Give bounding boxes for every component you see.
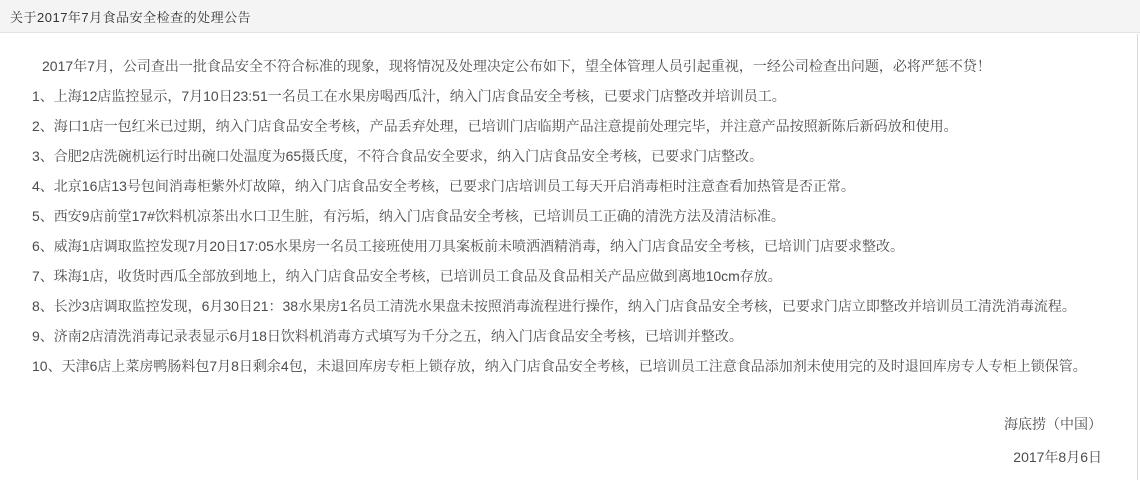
notice-item: 9、济南2店清洗消毒记录表显示6月18日饮料机消毒方式填写为千分之五，纳入门店食… (14, 321, 1110, 351)
notice-body: 2017年7月，公司查出一批食品安全不符合标准的现象，现将情况及处理决定公布如下… (0, 33, 1140, 472)
page-title: 关于2017年7月食品安全检查的处理公告 (10, 7, 251, 26)
notice-header: 关于2017年7月食品安全检查的处理公告 (0, 0, 1140, 33)
notice-item: 2、海口1店一包红米已过期，纳入门店食品安全考核，产品丢弃处理，已培训门店临期产… (14, 111, 1110, 141)
notice-item: 7、珠海1店，收货时西瓜全部放到地上，纳入门店食品安全考核，已培训员工食品及食品… (14, 261, 1110, 291)
signature-date: 2017年8月6日 (14, 442, 1102, 472)
notice-item: 8、长沙3店调取监控发现，6月30日21：38水果房1名员工清洗水果盘未按照消毒… (14, 291, 1110, 321)
notice-item: 5、西安9店前堂17#饮料机凉茶出水口卫生脏，有污垢，纳入门店食品安全考核，已培… (14, 201, 1110, 231)
right-edge-divider (1137, 34, 1138, 480)
notice-item: 3、合肥2店洗碗机运行时出碗口处温度为65摄氏度，不符合食品安全要求，纳入门店食… (14, 141, 1110, 171)
notice-item: 1、上海12店监控显示，7月10日23:51一名员工在水果房喝西瓜汁，纳入门店食… (14, 81, 1110, 111)
notice-item: 10、天津6店上菜房鸭肠料包7月8日剩余4包，未退回库房专柜上锁存放，纳入门店食… (14, 351, 1110, 381)
notice-list: 1、上海12店监控显示，7月10日23:51一名员工在水果房喝西瓜汁，纳入门店食… (14, 81, 1110, 381)
notice-intro: 2017年7月，公司查出一批食品安全不符合标准的现象，现将情况及处理决定公布如下… (14, 51, 1110, 81)
notice-item: 6、威海1店调取监控发现7月20日17:05水果房一名员工接班使用刀具案板前未喷… (14, 231, 1110, 261)
signature-company: 海底捞（中国） (14, 409, 1102, 439)
signature-block: 海底捞（中国） 2017年8月6日 (14, 409, 1110, 472)
notice-page: 关于2017年7月食品安全检查的处理公告 2017年7月，公司查出一批食品安全不… (0, 0, 1140, 480)
notice-item: 4、北京16店13号包间消毒柜紫外灯故障，纳入门店食品安全考核，已要求门店培训员… (14, 171, 1110, 201)
